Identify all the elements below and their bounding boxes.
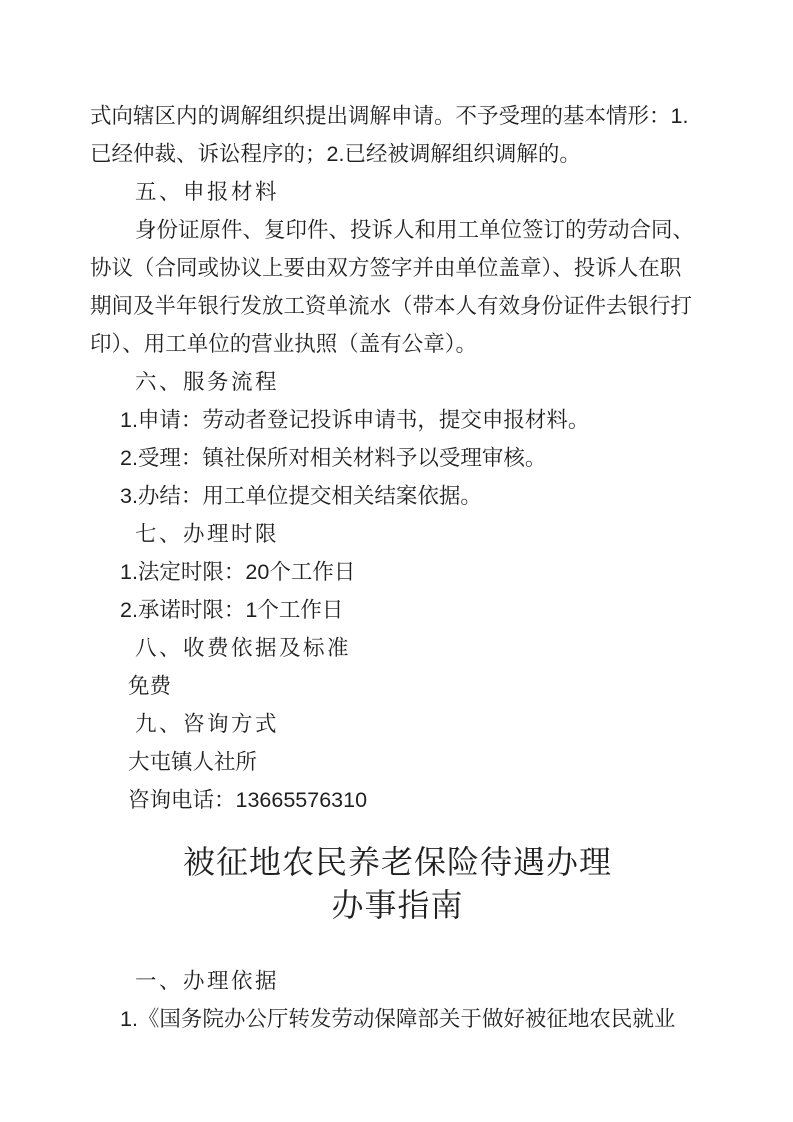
- text-line: 一、办理依据: [90, 962, 705, 1000]
- text-line: 六、服务流程: [90, 363, 705, 401]
- text-line: 1.申请：劳动者登记投诉申请书，提交申报材料。: [90, 401, 705, 439]
- text-line: 咨询电话：13665576310: [90, 781, 705, 819]
- document-page: 式向辖区内的调解组织提出调解申请。不予受理的基本情形：1.已经仲裁、诉讼程序的；…: [0, 0, 793, 1122]
- document-title: 被征地农民养老保险待遇办理办事指南: [90, 841, 705, 927]
- text-line: 八、收费依据及标准: [90, 629, 705, 667]
- text-line: 协议（合同或协议上要由双方签字并由单位盖章）、投诉人在职: [90, 249, 705, 287]
- text-line: 免费: [90, 667, 705, 705]
- text-line: 已经仲裁、诉讼程序的；2.已经被调解组织调解的。: [90, 135, 705, 173]
- text-line: 2.承诺时限：1个工作日: [90, 591, 705, 629]
- text-line: 式向辖区内的调解组织提出调解申请。不予受理的基本情形：1.: [90, 97, 705, 135]
- text-line: 印）、用工单位的营业执照（盖有公章）。: [90, 325, 705, 363]
- text-line: 期间及半年银行发放工资单流水（带本人有效身份证件去银行打: [90, 287, 705, 325]
- document-title-line1: 被征地农民养老保险待遇办理: [183, 844, 612, 880]
- text-line: 七、办理时限: [90, 515, 705, 553]
- text-line: 身份证原件、复印件、投诉人和用工单位签订的劳动合同、: [90, 211, 705, 249]
- text-line: 五、申报材料: [90, 173, 705, 211]
- text-line: 2.受理：镇社保所对相关材料予以受理审核。: [90, 439, 705, 477]
- text-line: 1.《国务院办公厅转发劳动保障部关于做好被征地农民就业: [90, 1000, 705, 1038]
- text-line: 3.办结：用工单位提交相关结案依据。: [90, 477, 705, 515]
- text-line: 大屯镇人社所: [90, 743, 705, 781]
- text-line: 九、咨询方式: [90, 705, 705, 743]
- document-section2: 一、办理依据1.《国务院办公厅转发劳动保障部关于做好被征地农民就业: [90, 962, 705, 1038]
- document-body: 式向辖区内的调解组织提出调解申请。不予受理的基本情形：1.已经仲裁、诉讼程序的；…: [90, 97, 705, 819]
- document-title-line2: 办事指南: [331, 887, 463, 923]
- text-line: 1.法定时限：20个工作日: [90, 553, 705, 591]
